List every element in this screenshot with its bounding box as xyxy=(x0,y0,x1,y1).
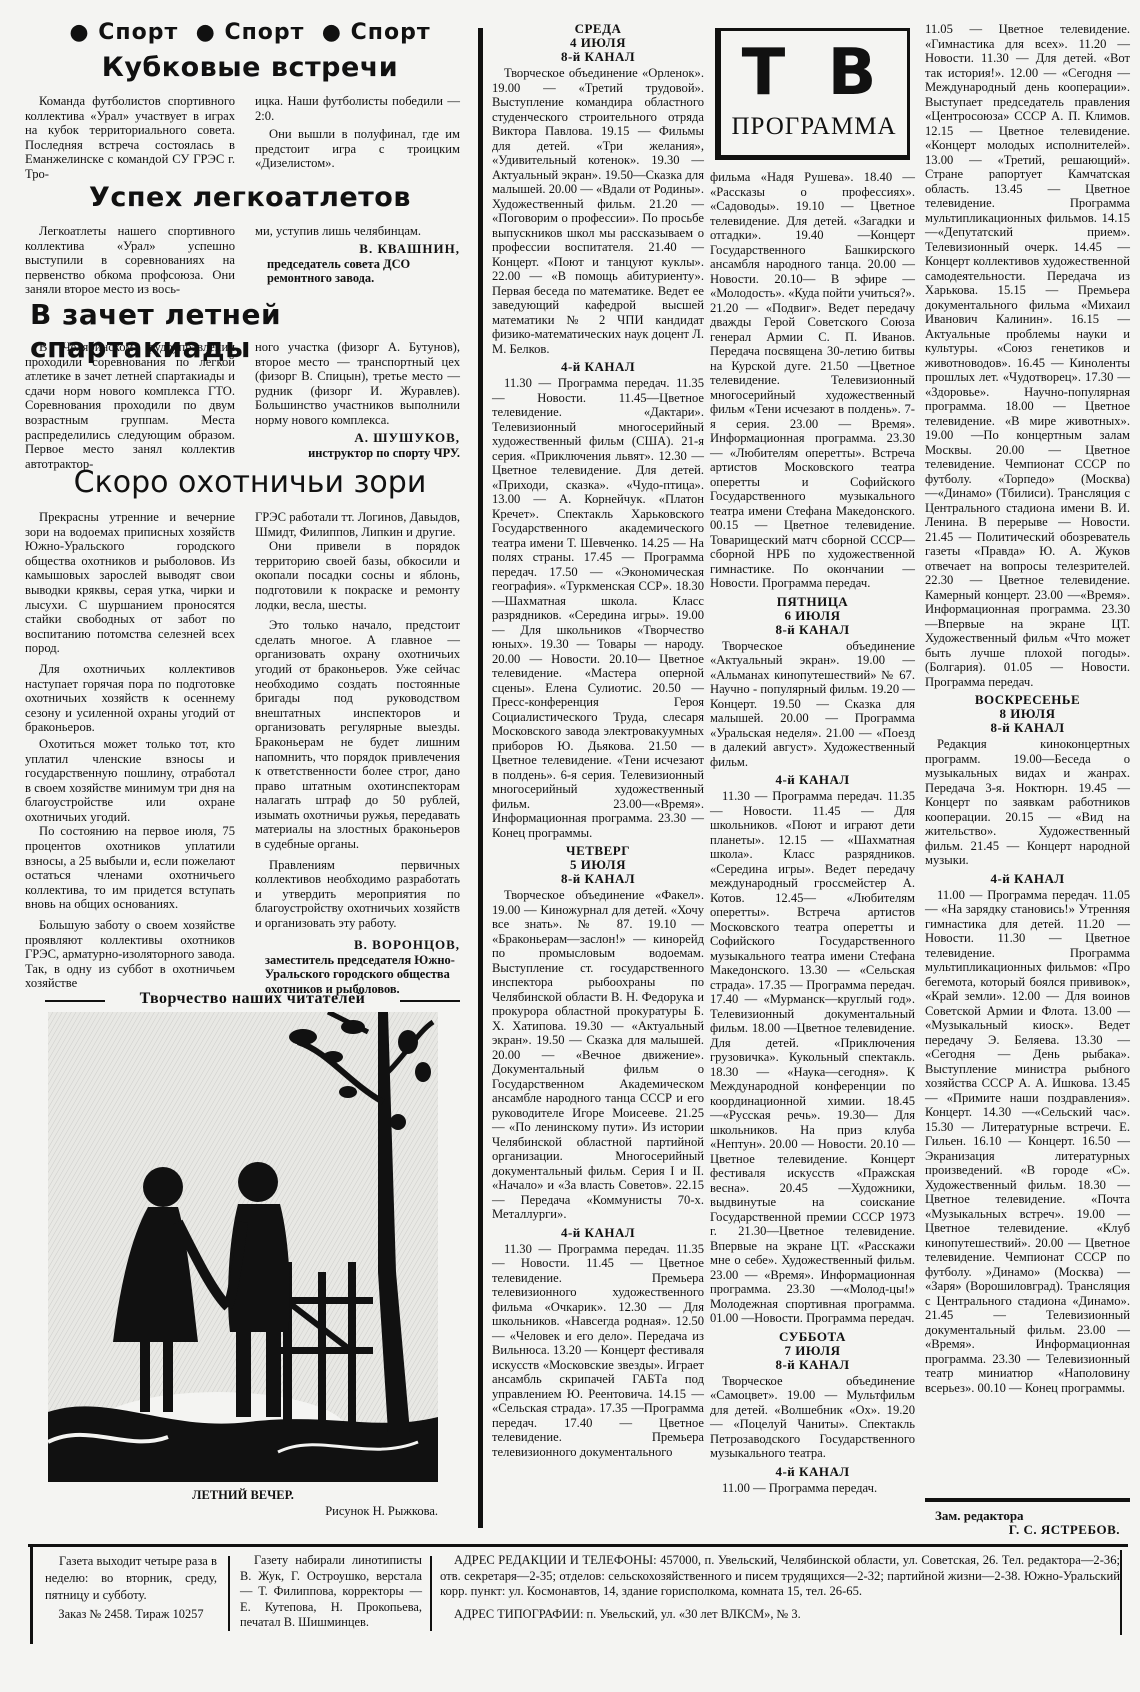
bullet-icon: ● xyxy=(322,20,342,45)
article-athletes-para: ми, уступив лишь челябинцам. xyxy=(255,224,460,239)
article-spartakiad-col1: В Челябинском рудоуправлении проходили с… xyxy=(25,340,235,471)
bullet-icon: ● xyxy=(196,20,216,45)
couple-silhouette-icon xyxy=(48,1012,438,1482)
tv-schedule-block: 11.05 — Цветное телевидение. «Гимнастика… xyxy=(925,22,1130,689)
rubric-label: Спорт xyxy=(224,20,304,45)
footer-divider xyxy=(430,1556,432,1631)
article-hunting-para: По состоянию на первое июля, 75 проценто… xyxy=(25,824,235,912)
footer-schedule: Газета выходит четыре раза в неделю: во … xyxy=(45,1553,217,1623)
tv-schedule-block: фильма «Надя Рушева». 18.40 — «Рассказы … xyxy=(710,170,915,591)
tv-day-heading: 6 ИЮЛЯ xyxy=(710,609,915,623)
article-hunting-para: Большую заботу о своем хозяйстве проявля… xyxy=(25,918,235,991)
tv-day-heading: 8-й КАНАЛ xyxy=(925,721,1130,735)
tv-column-3: 11.05 — Цветное телевидение. «Гимнастика… xyxy=(925,22,1130,1395)
article-hunting-para: Охотиться может только тот, кто уплатил … xyxy=(25,737,235,825)
readers-art-header: Творчество наших читателей xyxy=(45,990,460,1010)
tv-day-heading: 5 ИЮЛЯ xyxy=(492,858,704,872)
tv-day-heading: 7 ИЮЛЯ xyxy=(710,1344,915,1358)
tv-schedule-block: 11.30 — Программа передач. 11.35 — Новос… xyxy=(492,376,704,840)
tv-schedule-block: Творческое объединение «Орленок». 19.00 … xyxy=(492,66,704,356)
divider xyxy=(925,1498,1130,1502)
tv-day-heading: 8-й КАНАЛ xyxy=(492,50,704,64)
footer-editorial-address: АДРЕС РЕДАКЦИИ И ТЕЛЕФОНЫ: 457000, п. Ув… xyxy=(440,1553,1120,1600)
footer-divider xyxy=(228,1556,230,1631)
author-role: председатель совета ДСО ремонтного завод… xyxy=(255,257,460,286)
tv-day-heading: 4-й КАНАЛ xyxy=(710,1465,915,1479)
author-signature: В. КВАШНИН, xyxy=(255,241,460,257)
article-cup-para: ицка. Наши футболисты победили — 2:0. xyxy=(255,94,460,123)
footer-right-rule xyxy=(1120,1550,1122,1635)
footer-print-address: АДРЕС ТИПОГРАФИИ: п. Увельский, ул. «30 … xyxy=(440,1606,1120,1623)
article-title-athletes: Успех легкоатлетов xyxy=(40,182,460,213)
divider xyxy=(45,1000,105,1002)
article-athletes-col1: Легкоатлеты нашего спортивного коллектив… xyxy=(25,224,235,297)
footer-order: Заказ № 2458. Тираж 10257 xyxy=(45,1606,217,1623)
tv-day-heading: 8-й КАНАЛ xyxy=(710,623,915,637)
footer-typesetters: Газету набирали линотиписты В. Жук, Г. О… xyxy=(240,1553,422,1631)
article-hunting-para: Правлениям первичных коллективов необход… xyxy=(255,858,460,931)
footer-schedule-text: Газета выходит четыре раза в неделю: во … xyxy=(45,1553,217,1604)
article-cup-col2: ицка. Наши футболисты победили — 2:0. Он… xyxy=(255,94,460,171)
article-spartakiad-para: ного участка (физорг А. Бутунов), второе… xyxy=(255,340,460,428)
footer-address: АДРЕС РЕДАКЦИИ И ТЕЛЕФОНЫ: 457000, п. Ув… xyxy=(440,1553,1120,1623)
tv-day-heading: СРЕДА xyxy=(492,22,704,36)
tv-logo: Т В ПРОГРАММА xyxy=(715,28,910,160)
author-signature: В. ВОРОНЦОВ, xyxy=(255,937,460,953)
illustration-credit: Рисунок Н. Рыжкова. xyxy=(48,1504,438,1519)
tv-schedule-block: Творческое объединение «Актуальный экран… xyxy=(710,639,915,770)
tv-day-heading: 8-й КАНАЛ xyxy=(492,872,704,886)
article-title-cup: Кубковые встречи xyxy=(40,52,460,83)
tv-schedule-block: Творческое объединение «Факел». 19.00 — … xyxy=(492,888,704,1222)
tv-column-2: фильма «Надя Рушева». 18.40 — «Рассказы … xyxy=(710,170,915,1495)
rubric-label: Спорт xyxy=(351,20,431,45)
tv-day-heading: СУББОТА xyxy=(710,1330,915,1344)
tv-day-heading: ВОСКРЕСЕНЬЕ xyxy=(925,693,1130,707)
tv-day-heading: 4-й КАНАЛ xyxy=(492,1226,704,1240)
article-hunting-para: Прекрасны утренние и вечерние зори на во… xyxy=(25,510,235,656)
article-title-hunting: Скоро охотничьи зори xyxy=(40,465,460,500)
tv-day-heading: 4-й КАНАЛ xyxy=(492,360,704,374)
article-hunting-para: ГРЭС работали тт. Логинов, Давыдов, Шмид… xyxy=(255,510,460,539)
author-signature: А. ШУШУКОВ, xyxy=(255,430,460,446)
article-hunting-para: Для охотничьих коллективов наступает гор… xyxy=(25,662,235,735)
tv-day-heading: 4-й КАНАЛ xyxy=(710,773,915,787)
tv-day-heading: 4 ИЮЛЯ xyxy=(492,36,704,50)
tv-day-heading: 8 ИЮЛЯ xyxy=(925,707,1130,721)
sport-rubric: ● Спорт ● Спорт ● Спорт xyxy=(40,20,460,45)
tv-day-heading: 8-й КАНАЛ xyxy=(710,1358,915,1372)
tv-logo-letters: Т В xyxy=(721,37,907,109)
tv-schedule-block: 11.00 — Программа передач. 11.05 — «На з… xyxy=(925,888,1130,1396)
article-hunting-para: Они привели в порядок территорию своей б… xyxy=(255,539,460,612)
author-role: инструктор по спорту ЧРУ. xyxy=(255,446,460,461)
article-athletes-col2: ми, уступив лишь челябинцам. В. КВАШНИН,… xyxy=(255,224,460,286)
divider xyxy=(400,1000,460,1002)
tv-schedule-block: Редакция киноконцертных программ. 19.00—… xyxy=(925,737,1130,868)
article-hunting-para: Это только начало, предстоит сделать мно… xyxy=(255,618,460,852)
tv-day-heading: 4-й КАНАЛ xyxy=(925,872,1130,886)
tv-logo-word: ПРОГРАММА xyxy=(721,113,907,141)
article-hunting-col2: ГРЭС работали тт. Логинов, Давыдов, Шмид… xyxy=(255,510,460,996)
footer-top-rule xyxy=(28,1544,1128,1547)
article-hunting-col1: Прекрасны утренние и вечерние зори на во… xyxy=(25,510,235,991)
tv-schedule-block: Творческое объединение «Самоцвет». 19.00… xyxy=(710,1374,915,1461)
tv-schedule-block: 11.30 — Программа передач. 11.35 — Новос… xyxy=(710,789,915,1326)
illustration-caption: ЛЕТНИЙ ВЕЧЕР. xyxy=(48,1488,438,1503)
section-title: Творчество наших читателей xyxy=(110,990,395,1008)
rubric-label: Спорт xyxy=(98,20,178,45)
column-divider xyxy=(478,28,483,1528)
tv-day-heading: ЧЕТВЕРГ xyxy=(492,844,704,858)
illustration-summer-evening xyxy=(48,1012,438,1482)
article-cup-col1: Команда футболистов спортивного коллекти… xyxy=(25,94,235,182)
tv-column-1: СРЕДА4 ИЮЛЯ8-й КАНАЛТворческое объединен… xyxy=(492,22,704,1459)
article-spartakiad-col2: ного участка (физорг А. Бутунов), второе… xyxy=(255,340,460,460)
editor-name: Г. С. ЯСТРЕБОВ. xyxy=(925,1522,1120,1538)
tv-schedule-block: 11.00 — Программа передач. xyxy=(710,1481,915,1496)
tv-day-heading: ПЯТНИЦА xyxy=(710,595,915,609)
bullet-icon: ● xyxy=(69,20,89,45)
tv-schedule-block: 11.30 — Программа передач. 11.35 — Новос… xyxy=(492,1242,704,1460)
footer-left-rule xyxy=(30,1544,33,1644)
article-cup-para: Они вышли в полуфинал, где им предстоит … xyxy=(255,127,460,171)
